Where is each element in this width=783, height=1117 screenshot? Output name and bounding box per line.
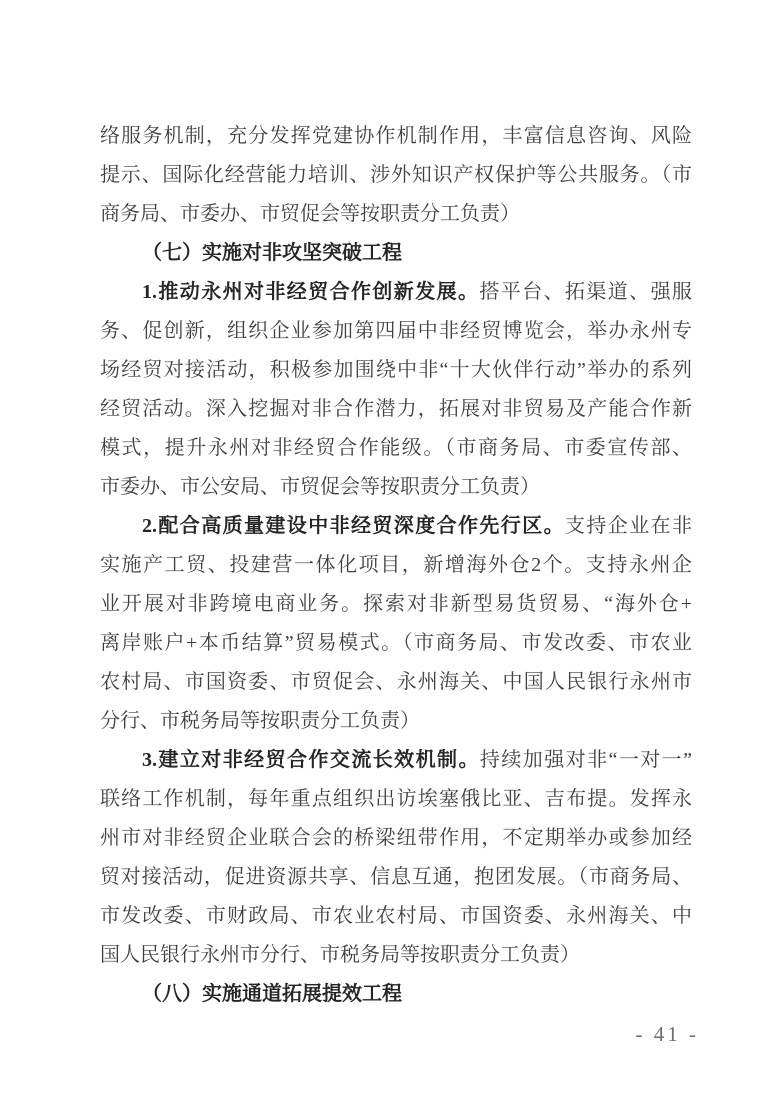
bold-lead-text: 3.建立对非经贸合作交流长效机制。 <box>142 749 480 771</box>
line-text: 州市对非经贸企业联合会的桥梁纽带作用，不定期举办或参加经 <box>100 827 692 849</box>
document-line: 商务局、市委办、市贸促会等按职责分工负责） <box>100 195 692 234</box>
line-text: 支持企业在非 <box>565 515 692 537</box>
line-text: 市发改委、市财政局、市农业农村局、市国资委、永州海关、中 <box>100 905 692 927</box>
document-line: 市发改委、市财政局、市农业农村局、市国资委、永州海关、中 <box>100 897 692 936</box>
document-line: 2.配合高质量建设中非经贸深度合作先行区。支持企业在非 <box>100 507 692 546</box>
document-page: 络服务机制，充分发挥党建协作机制作用，丰富信息咨询、风险提示、国际化经营能力培训… <box>0 0 783 1117</box>
document-line: 模式，提升永州对非经贸合作能级。（市商务局、市委宣传部、 <box>100 429 692 468</box>
document-line: 离岸账户+本币结算”贸易模式。（市商务局、市发改委、市农业 <box>100 624 692 663</box>
line-text: 搭平台、拓渠道、强服 <box>479 281 692 303</box>
line-text: 经贸活动。深入挖掘对非合作潜力，拓展对非贸易及产能合作新 <box>100 398 692 420</box>
line-text: 商务局、市委办、市贸促会等按职责分工负责） <box>100 203 520 225</box>
document-line: 经贸活动。深入挖掘对非合作潜力，拓展对非贸易及产能合作新 <box>100 390 692 429</box>
line-text: 市委办、市公安局、市贸促会等按职责分工负责） <box>100 476 540 498</box>
document-line: 贸对接活动，促进资源共享、信息互通，抱团发展。（市商务局、 <box>100 858 692 897</box>
document-line: 市委办、市公安局、市贸促会等按职责分工负责） <box>100 468 692 507</box>
section-heading: （八）实施通道拓展提效工程 <box>100 975 692 1014</box>
bold-lead-text: （八）实施通道拓展提效工程 <box>142 983 402 1005</box>
bold-lead-text: （七）实施对非攻坚突破工程 <box>142 242 402 264</box>
bold-lead-text: 1.推动永州对非经贸合作创新发展。 <box>142 281 479 303</box>
line-text: 贸对接活动，促进资源共享、信息互通，抱团发展。（市商务局、 <box>100 866 692 888</box>
document-line: 3.建立对非经贸合作交流长效机制。持续加强对非“一对一” <box>100 741 692 780</box>
document-line: 州市对非经贸企业联合会的桥梁纽带作用，不定期举办或参加经 <box>100 819 692 858</box>
line-text: 场经贸对接活动，积极参加围绕中非“十大伙伴行动”举办的系列 <box>100 359 692 381</box>
line-text: 农村局、市国资委、市贸促会、永州海关、中国人民银行永州市 <box>100 671 692 693</box>
section-heading: （七）实施对非攻坚突破工程 <box>100 234 692 273</box>
line-text: 业开展对非跨境电商业务。探索对非新型易货贸易、“海外仓+ <box>100 593 692 615</box>
line-text: 络服务机制，充分发挥党建协作机制作用，丰富信息咨询、风险 <box>100 125 692 147</box>
bold-lead-text: 2.配合高质量建设中非经贸深度合作先行区。 <box>142 515 565 537</box>
document-line: 联络工作机制，每年重点组织出访埃塞俄比亚、吉布提。发挥永 <box>100 780 692 819</box>
line-text: 国人民银行永州市分行、市税务局等按职责分工负责） <box>100 944 580 966</box>
document-line: 1.推动永州对非经贸合作创新发展。搭平台、拓渠道、强服 <box>100 273 692 312</box>
document-line: 分行、市税务局等按职责分工负责） <box>100 702 692 741</box>
line-text: 分行、市税务局等按职责分工负责） <box>100 710 420 732</box>
document-line: 提示、国际化经营能力培训、涉外知识产权保护等公共服务。（市 <box>100 156 692 195</box>
line-text: 模式，提升永州对非经贸合作能级。（市商务局、市委宣传部、 <box>100 437 692 459</box>
document-line: 务、促创新，组织企业参加第四届中非经贸博览会，举办永州专 <box>100 312 692 351</box>
document-line: 国人民银行永州市分行、市税务局等按职责分工负责） <box>100 936 692 975</box>
line-text: 联络工作机制，每年重点组织出访埃塞俄比亚、吉布提。发挥永 <box>100 788 692 810</box>
document-line: 络服务机制，充分发挥党建协作机制作用，丰富信息咨询、风险 <box>100 117 692 156</box>
line-text: 提示、国际化经营能力培训、涉外知识产权保护等公共服务。（市 <box>100 164 692 186</box>
line-text: 实施产工贸、投建营一体化项目，新增海外仓2个。支持永州企 <box>100 554 692 576</box>
document-body: 络服务机制，充分发挥党建协作机制作用，丰富信息咨询、风险提示、国际化经营能力培训… <box>100 117 692 1014</box>
document-line: 农村局、市国资委、市贸促会、永州海关、中国人民银行永州市 <box>100 663 692 702</box>
page-number: - 41 - <box>636 1022 700 1047</box>
line-text: 离岸账户+本币结算”贸易模式。（市商务局、市发改委、市农业 <box>100 632 692 654</box>
document-line: 业开展对非跨境电商业务。探索对非新型易货贸易、“海外仓+ <box>100 585 692 624</box>
line-text: 务、促创新，组织企业参加第四届中非经贸博览会，举办永州专 <box>100 320 692 342</box>
document-line: 实施产工贸、投建营一体化项目，新增海外仓2个。支持永州企 <box>100 546 692 585</box>
document-line: 场经贸对接活动，积极参加围绕中非“十大伙伴行动”举办的系列 <box>100 351 692 390</box>
line-text: 持续加强对非“一对一” <box>480 749 692 771</box>
